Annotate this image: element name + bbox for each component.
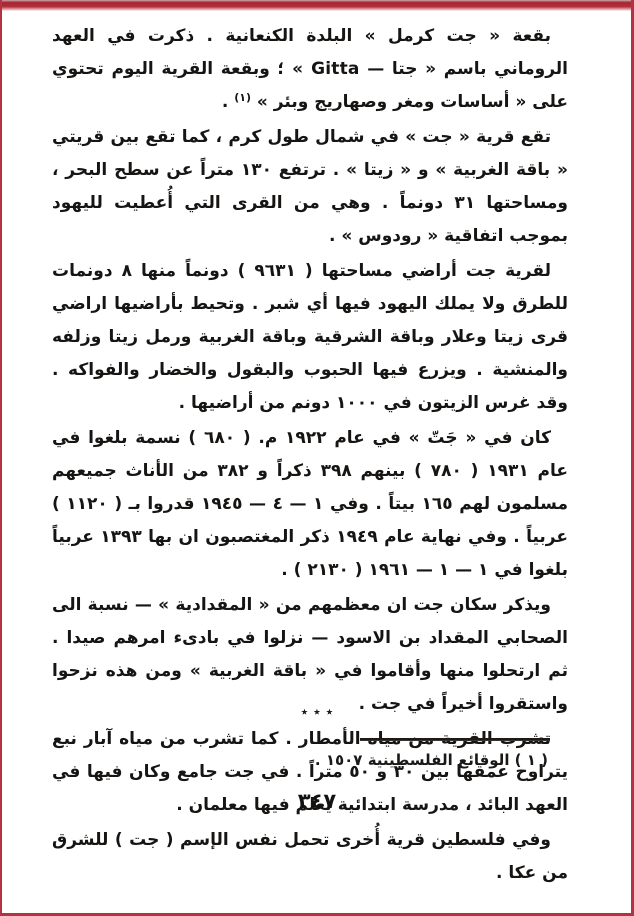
paragraph-7: وفي فلسطين قرية أُخرى تحمل نفس الإسم ( ج…	[52, 824, 568, 890]
section-end-asterisks: ٭ ٭ ٭	[0, 704, 634, 720]
paragraph-3: لقرية جت أراضي مساحتها ( ٩٦٣١ ) دونماً م…	[52, 255, 568, 420]
page-top-border-band	[0, 0, 634, 11]
page-number: ٣٤٧	[0, 789, 634, 813]
footnote-marker: (١)	[234, 91, 251, 104]
paragraph-1: بقعة « جت كرمل » البلدة الكنعانية . ذكرت…	[52, 20, 568, 119]
paragraph-5: ويذكر سكان جت ان معظمهم من « المقدادية »…	[52, 589, 568, 721]
footnote-text: ( ١ ) الوقائع الفلسطينية ١٥٠٧ .	[315, 751, 548, 769]
paragraph-1-period: .	[222, 92, 234, 112]
paragraph-4: كان في « جَتّ » في عام ١٩٢٢ م. ( ٦٨٠ ) ن…	[52, 422, 568, 587]
paragraph-1-text: بقعة « جت كرمل » البلدة الكنعانية . ذكرت…	[52, 26, 568, 112]
paragraph-2: تقع قرية « جت » في شمال طول كرم ، كما تق…	[52, 121, 568, 253]
footnote-separator-rule	[360, 738, 550, 741]
scanned-book-page: { "document": { "language": "arabic", "d…	[0, 0, 634, 916]
